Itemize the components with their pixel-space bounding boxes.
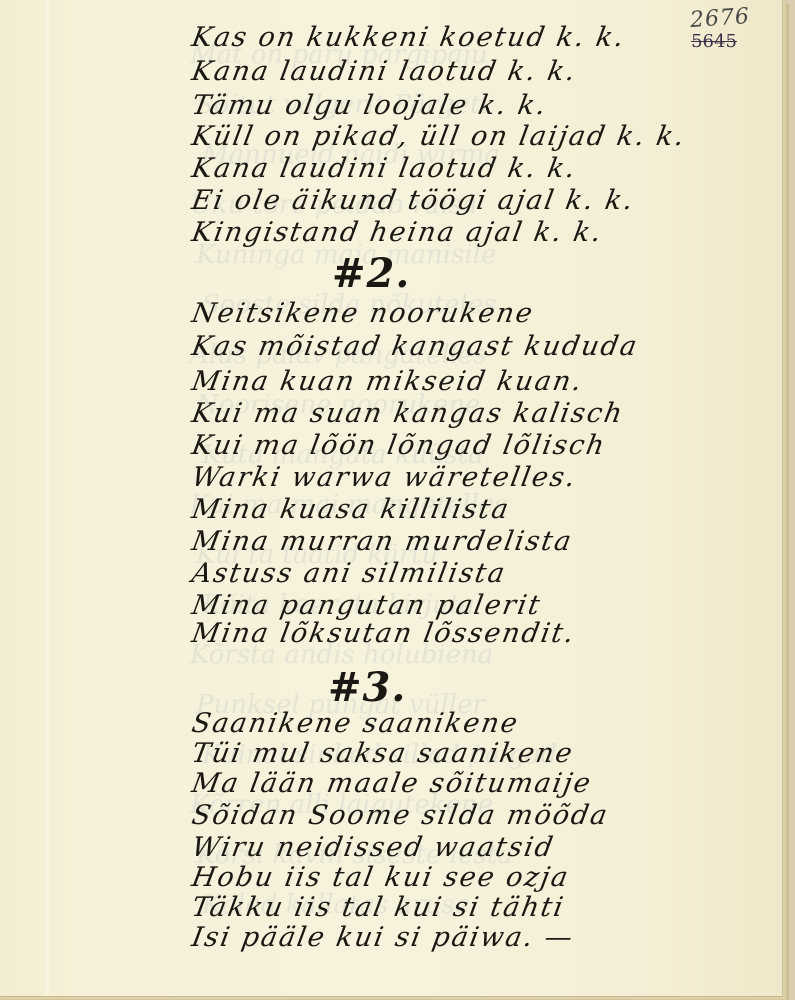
- verse-line: Täkku iis tal kui si tähti: [189, 892, 567, 924]
- verse-line: Mina lõksutan lõssendit.: [189, 618, 578, 650]
- verse-line: Kas mõistad kangast kududa: [189, 331, 641, 363]
- verse-line: Kana laudini laotud k. k.: [189, 56, 579, 88]
- verse-line: Isi pääle kui si päiwa. —: [189, 922, 577, 954]
- catalog-number-current: 2676: [689, 4, 751, 33]
- verse-line: Astuss ani silmilista: [189, 558, 509, 590]
- catalog-number-block: 2676 5645: [690, 6, 750, 52]
- verse-line: Wiru neidissed waatsid: [189, 832, 557, 864]
- verse-line: Tämu olgu loojale k. k.: [189, 90, 550, 122]
- manuscript-page: Mat on paru pärgipajuSõitut valgerit Pär…: [0, 0, 783, 997]
- verse-line: Ei ole äikund töögi ajal k. k.: [189, 185, 637, 217]
- verse-line: Kui ma lõön lõngad lõlisch: [189, 430, 608, 462]
- verse-line: Mina kuasa killilista: [189, 494, 512, 526]
- verse-line: Mina kuan mikseid kuan.: [189, 366, 586, 398]
- verse-line: Sõidan Soome silda möõda: [189, 800, 611, 832]
- catalog-number-struck: 5645: [678, 31, 750, 52]
- verse-line: Kana laudini laotud k. k.: [189, 153, 579, 185]
- section-heading: #3.: [328, 664, 406, 711]
- verse-line: Ma lään maale sõitumaije: [189, 768, 594, 800]
- verse-line: Kas on kukkeni koetud k. k.: [189, 22, 628, 54]
- verse-line: Neitsikene noorukene: [189, 298, 536, 330]
- verse-line: Tüi mul saksa saanikene: [189, 738, 576, 770]
- verse-line: Hobu iis tal kui see ozja: [189, 862, 572, 894]
- verse-line: Kingistand heina ajal k. k.: [189, 217, 605, 249]
- section-heading: #2.: [332, 250, 410, 297]
- verse-line: Kui ma suan kangas kalisch: [189, 398, 626, 430]
- verse-line: Warki warwa wäretelles.: [189, 462, 579, 494]
- verse-line: Mina murran murdelista: [189, 526, 575, 558]
- verse-line: Küll on pikad, üll on laijad k. k.: [189, 121, 688, 153]
- verse-line: Saanikene saanikene: [189, 708, 521, 740]
